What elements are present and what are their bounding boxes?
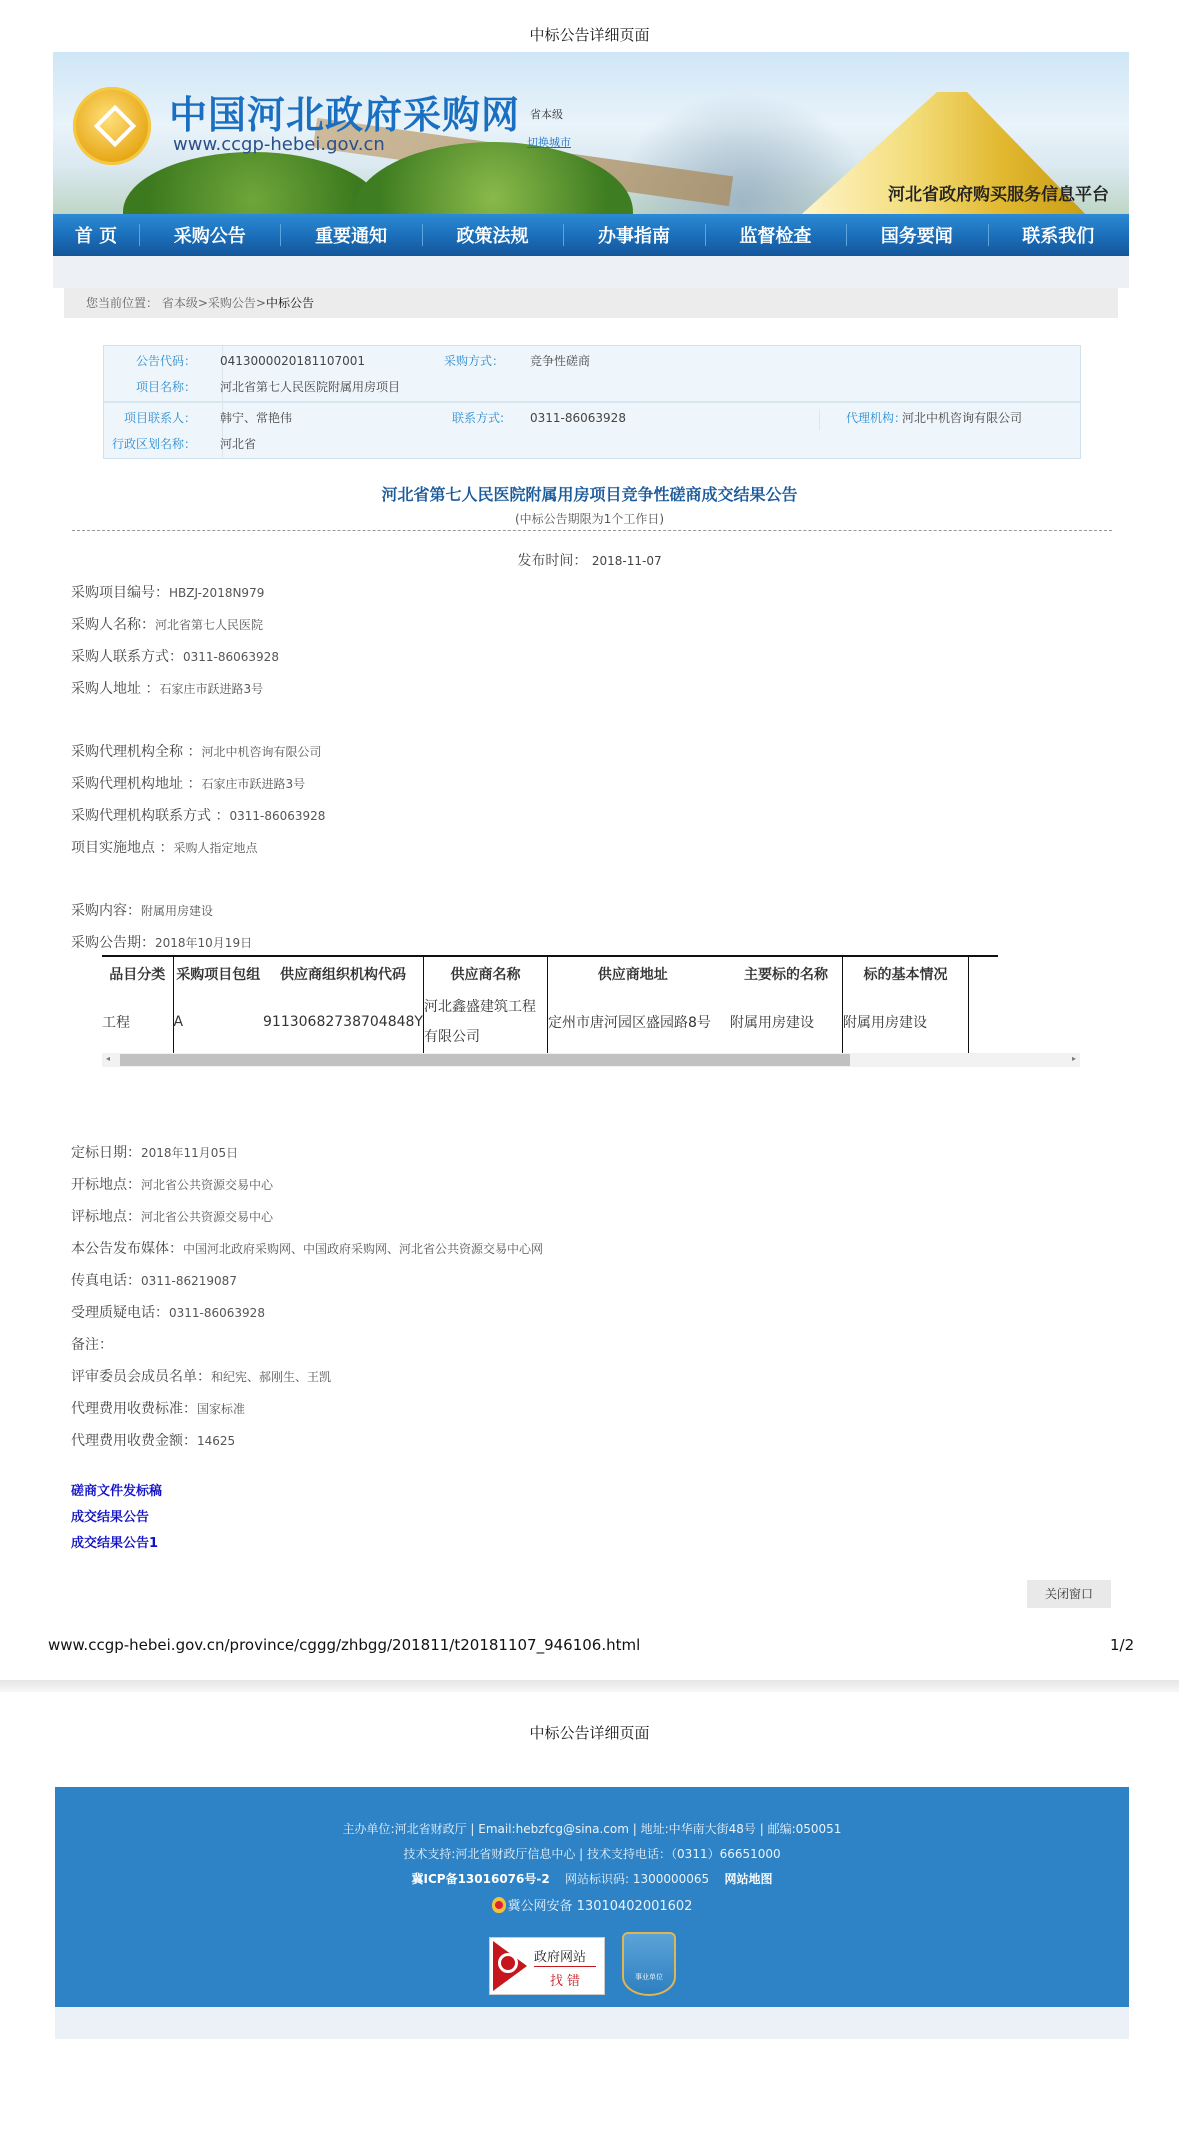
nav-supervision[interactable]: 监督检查 (705, 222, 846, 248)
project-name-label: 项目名称： (104, 374, 196, 400)
result-table-container: 品目分类 采购项目包组 供应商组织机构代码 供应商名称 供应商地址 主要标的名称… (102, 955, 1080, 1067)
switch-city-link[interactable]: 切换城市 (527, 134, 571, 150)
field-label: 开标地点： (71, 1177, 141, 1193)
field-row: 采购代理机构地址 ：石家庄市跃进路3号 (71, 773, 305, 793)
print-page-title: 中标公告详细页面 (0, 24, 1179, 45)
field-label: 采购公告期： (71, 935, 155, 951)
breadcrumb-current: 中标公告 (266, 296, 314, 310)
footer-police-line: 冀公网安备 13010402001602 (55, 1895, 1129, 1914)
info-block-2: 项目联系人： 韩宁、常艳伟 联系方式: 0311-86063928 代理机构： … (104, 401, 1080, 458)
breadcrumb: 您当前位置： 省本级>采购公告>中标公告 (64, 288, 1118, 318)
badge-text-top: 政府网站 (534, 1946, 586, 1965)
breadcrumb-path[interactable]: 省本级>采购公告> (162, 296, 266, 310)
field-value: 石家庄市跃进路3号 (159, 682, 263, 696)
field-label: 备注： (71, 1337, 113, 1353)
footer-host-line: 主办单位:河北省财政厅 | Email:hebzfcg@sina.com | 地… (55, 1820, 1129, 1837)
col-header-main-subject: 主要标的名称 (717, 956, 842, 991)
field-label: 评标地点： (71, 1209, 141, 1225)
gov-website-error-badge[interactable]: 政府网站 找错 (489, 1937, 605, 1995)
field-row: 代理费用收费标准：国家标准 (71, 1398, 245, 1418)
table-row: 工程 A 91130682738704848Y 河北鑫盛建筑工程有限公司 定州市… (102, 991, 998, 1054)
platform-title: 河北省政府购买服务信息平台 (888, 180, 1109, 205)
field-label: 采购项目编号： (71, 585, 169, 601)
field-label: 采购人地址 ： (71, 681, 159, 697)
field-value: 河北省公共资源交易中心 (141, 1210, 273, 1224)
col-header-supplier-address: 供应商地址 (547, 956, 717, 991)
hill-graphic (123, 152, 383, 214)
cell-main-subject: 附属用房建设 (717, 991, 842, 1054)
dashed-divider (72, 530, 1112, 531)
method-value: 竞争性磋商 (530, 348, 590, 374)
institution-badge-icon[interactable]: 事业单位 (622, 1932, 676, 1996)
field-label: 采购人联系方式： (71, 649, 183, 665)
contact-value: 韩宁、常艳伟 (220, 405, 292, 431)
field-label: 评审委员会成员名单： (71, 1369, 211, 1385)
institution-badge-label: 事业单位 (624, 1972, 674, 1982)
col-header-org-code: 供应商组织机构代码 (263, 956, 423, 991)
field-row: 采购人名称：河北省第七人民医院 (71, 614, 263, 634)
field-value: 国家标准 (197, 1402, 245, 1416)
agency-label: 代理机构： (824, 405, 906, 431)
field-value: HBZJ-2018N979 (169, 586, 264, 600)
badge-divider (534, 1966, 596, 1967)
scroll-right-arrow-icon[interactable]: ▸ (1072, 1054, 1076, 1063)
attachment-link[interactable]: 磋商文件发标稿 (71, 1480, 162, 1499)
field-label: 传真电话： (71, 1273, 141, 1289)
field-row: 采购人联系方式：0311-86063928 (71, 646, 279, 666)
field-value: 14625 (197, 1434, 235, 1448)
field-value: 中国河北政府采购网、中国政府采购网、河北省公共资源交易中心网 (183, 1242, 543, 1256)
notice-code-label: 公告代码： (104, 348, 196, 374)
police-record[interactable]: 冀公网安备 13010402001602 (508, 1899, 693, 1914)
page-break (0, 1680, 1179, 1692)
nav-guide[interactable]: 办事指南 (563, 222, 704, 248)
cell-category: 工程 (102, 991, 173, 1054)
field-row: 备注： (71, 1334, 113, 1354)
col-header-supplier-name: 供应商名称 (423, 956, 547, 991)
nav-subbar (53, 256, 1129, 288)
badge-text-bottom: 找错 (550, 1970, 584, 1989)
field-row: 本公告发布媒体：中国河北政府采购网、中国政府采购网、河北省公共资源交易中心网 (71, 1238, 543, 1258)
nav-state-news[interactable]: 国务要闻 (846, 222, 987, 248)
field-value: 和纪宪、郝刚生、王凯 (211, 1370, 331, 1384)
police-badge-icon (492, 1897, 506, 1913)
col-header-package: 采购项目包组 (173, 956, 263, 991)
announcement-title: 河北省第七人民医院附属用房项目竞争性磋商成交结果公告 (0, 482, 1179, 505)
main-nav: 首 页 采购公告 重要通知 政策法规 办事指南 监督检查 国务要闻 联系我们 (53, 214, 1129, 256)
scroll-left-arrow-icon[interactable]: ◂ (106, 1054, 110, 1063)
phone-value: 0311-86063928 (530, 405, 626, 431)
field-value: 0311-86063928 (169, 1306, 265, 1320)
field-value: 河北省公共资源交易中心 (141, 1178, 273, 1192)
field-row: 采购代理机构全称 ：河北中机咨询有限公司 (71, 741, 321, 761)
field-value: 采购人指定地点 (173, 841, 257, 855)
col-header-subject-details: 标的基本情况 (842, 956, 968, 991)
field-row: 代理费用收费金额：14625 (71, 1430, 235, 1450)
close-window-button[interactable]: 关闭窗口 (1027, 1580, 1111, 1608)
project-name-value: 河北省第七人民医院附属用房项目 (220, 374, 400, 400)
field-row: 采购代理机构联系方式 ：0311-86063928 (71, 805, 325, 825)
info-block-1: 公告代码： 0413000020181107001 采购方式： 竞争性磋商 项目… (104, 346, 1080, 401)
footer-icp-line: 冀ICP备13016076号-2 网站标识码: 1300000065 网站地图 (55, 1870, 1129, 1887)
scrollbar-thumb[interactable] (120, 1054, 850, 1066)
result-table-header: 品目分类 采购项目包组 供应商组织机构代码 供应商名称 供应商地址 主要标的名称… (102, 956, 998, 991)
field-row: 评标地点：河北省公共资源交易中心 (71, 1206, 273, 1226)
field-label: 采购代理机构联系方式 ： (71, 808, 229, 824)
agency-value: 河北中机咨询有限公司 (902, 405, 1022, 431)
publish-time: 发布时间： 2018-11-07 (0, 550, 1179, 570)
nav-contact[interactable]: 联系我们 (988, 222, 1129, 248)
print-page-title: 中标公告详细页面 (0, 1722, 1179, 1743)
print-footer-url: www.ccgp-hebei.gov.cn/province/cggg/zhbg… (48, 1636, 640, 1654)
print-page-number: 1/2 (1110, 1636, 1134, 1654)
contact-label: 项目联系人： (104, 405, 196, 431)
field-label: 采购人名称： (71, 617, 155, 633)
col-header-empty (968, 956, 998, 991)
cell-subject-details: 附属用房建设 (842, 991, 968, 1054)
level-label: 省本级 (530, 106, 563, 122)
footer-bottom-strip (55, 2007, 1129, 2039)
field-row: 项目实施地点 ：采购人指定地点 (71, 837, 257, 857)
region-value: 河北省 (220, 431, 256, 457)
field-row: 开标地点：河北省公共资源交易中心 (71, 1174, 273, 1194)
cell-org-code: 91130682738704848Y (263, 991, 423, 1054)
cell-supplier-name: 河北鑫盛建筑工程有限公司 (423, 991, 547, 1054)
icp-number[interactable]: 冀ICP备13016076号-2 (412, 1872, 550, 1886)
field-label: 代理费用收费金额： (71, 1433, 197, 1449)
publish-time-label: 发布时间： (517, 553, 587, 569)
site-logo-icon (73, 87, 151, 165)
footer-support-line: 技术支持:河北省财政厅信息中心 | 技术支持电话：（0311）66651000 (55, 1845, 1129, 1862)
col-header-category: 品目分类 (102, 956, 173, 991)
cell-package: A (173, 991, 263, 1054)
site-url: www.ccgp-hebei.gov.cn (173, 134, 385, 155)
field-row: 传真电话：0311-86219087 (71, 1270, 237, 1290)
field-row: 评审委员会成员名单：和纪宪、郝刚生、王凯 (71, 1366, 331, 1386)
magnifier-icon (498, 1953, 518, 1973)
field-value: 附属用房建设 (141, 904, 213, 918)
field-value: 0311-86063928 (183, 650, 279, 664)
field-value: 0311-86219087 (141, 1274, 237, 1288)
nav-home[interactable]: 首 页 (53, 222, 139, 248)
attachment-link[interactable]: 成交结果公告1 (71, 1532, 158, 1551)
field-value: 河北省第七人民医院 (155, 618, 263, 632)
site-banner: 中国河北政府采购网 www.ccgp-hebei.gov.cn 省本级 切换城市… (53, 52, 1129, 214)
field-row: 定标日期：2018年11月05日 (71, 1142, 238, 1162)
field-label: 本公告发布媒体： (71, 1241, 183, 1257)
field-row: 采购内容：附属用房建设 (71, 900, 213, 920)
table-horizontal-scrollbar[interactable]: ◂ ▸ (102, 1053, 1080, 1067)
field-row: 采购公告期：2018年10月19日 (71, 932, 252, 952)
field-label: 采购内容： (71, 903, 141, 919)
field-value: 2018年10月19日 (155, 936, 252, 950)
field-value: 0311-86063928 (229, 809, 325, 823)
cell-supplier-address: 定州市唐河园区盛园路8号 (547, 991, 717, 1054)
notice-info-table: 公告代码： 0413000020181107001 采购方式： 竞争性磋商 项目… (103, 345, 1081, 459)
field-row: 采购人地址 ：石家庄市跃进路3号 (71, 678, 263, 698)
field-row: 采购项目编号：HBZJ-2018N979 (71, 582, 264, 602)
field-label: 采购代理机构全称 ： (71, 744, 201, 760)
field-label: 项目实施地点 ： (71, 840, 173, 856)
field-value: 2018年11月05日 (141, 1146, 238, 1160)
cell-empty (968, 991, 998, 1054)
field-label: 定标日期： (71, 1145, 141, 1161)
field-label: 采购代理机构地址 ： (71, 776, 201, 792)
sitemap-link[interactable]: 网站地图 (724, 1872, 772, 1886)
field-label: 代理费用收费标准： (71, 1401, 197, 1417)
field-label: 受理质疑电话： (71, 1305, 169, 1321)
publish-time-value: 2018-11-07 (592, 554, 662, 568)
field-value: 石家庄市跃进路3号 (201, 777, 305, 791)
site-name: 中国河北政府采购网 (169, 84, 520, 139)
field-row: 受理质疑电话：0311-86063928 (71, 1302, 265, 1322)
nav-policies[interactable]: 政策法规 (422, 222, 563, 248)
field-value: 河北中机咨询有限公司 (201, 745, 321, 759)
attachment-link[interactable]: 成交结果公告 (71, 1506, 149, 1525)
notice-code-value: 0413000020181107001 (220, 348, 365, 374)
method-label: 采购方式： (434, 348, 504, 374)
result-table: 品目分类 采购项目包组 供应商组织机构代码 供应商名称 供应商地址 主要标的名称… (102, 955, 998, 1055)
announcement-subtitle: (中标公告期限为1个工作日) (0, 510, 1179, 527)
breadcrumb-label: 您当前位置： (86, 296, 158, 310)
site-id: 网站标识码: 1300000065 (565, 1872, 709, 1886)
nav-procurement-notices[interactable]: 采购公告 (139, 222, 280, 248)
phone-label: 联系方式: (434, 405, 504, 431)
nav-important-notices[interactable]: 重要通知 (280, 222, 421, 248)
region-label: 行政区划名称： (104, 431, 196, 457)
